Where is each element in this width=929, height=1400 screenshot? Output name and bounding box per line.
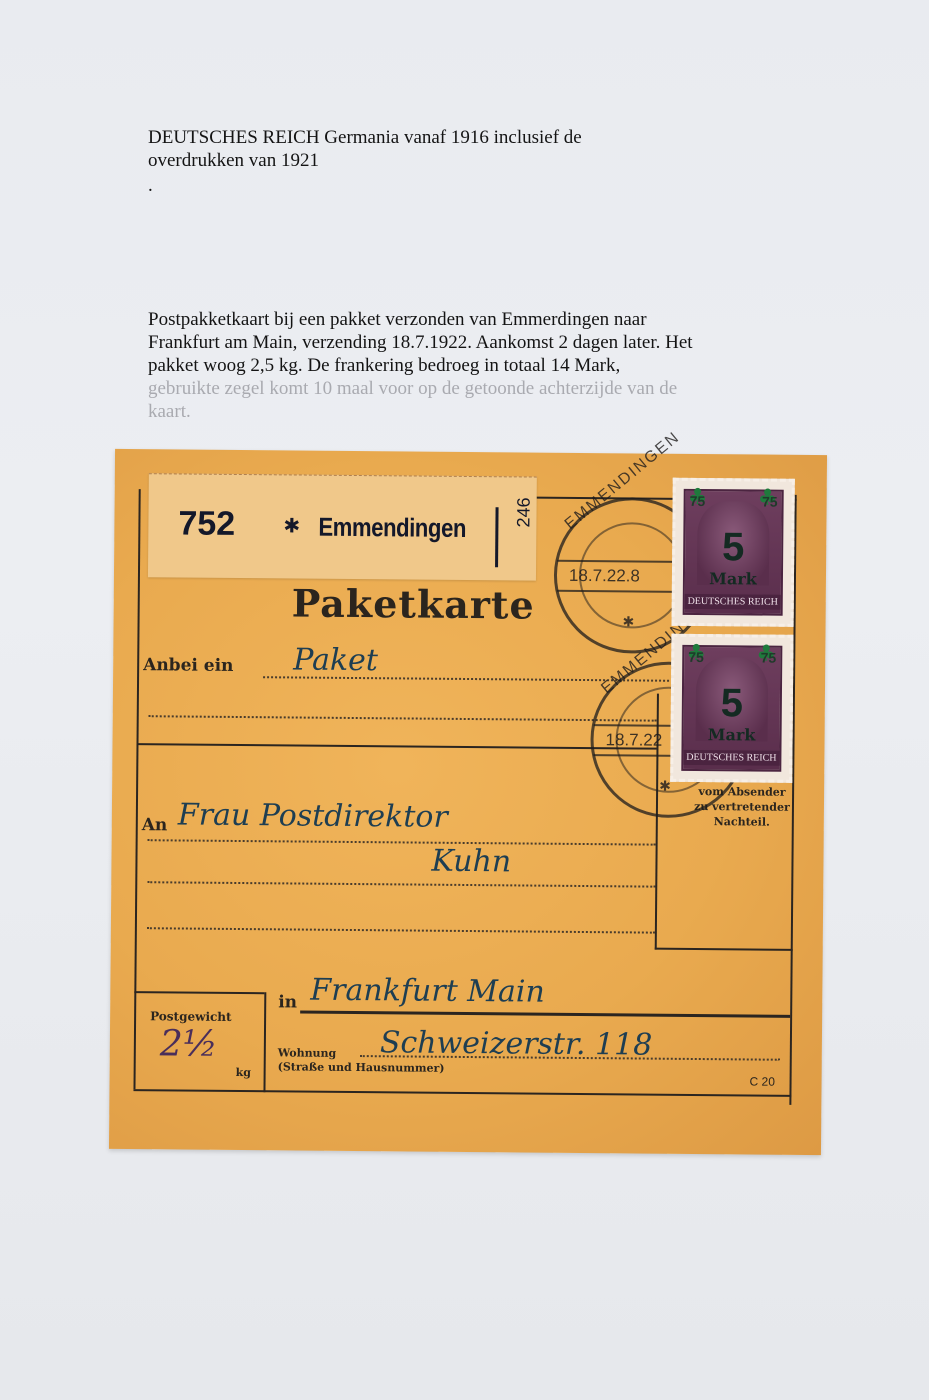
stamp-frame: ♣ ♣ 75 75 5 Mark DEUTSCHES REICH xyxy=(683,489,784,616)
card-border-left xyxy=(133,489,140,1089)
form-code: C 20 xyxy=(750,1074,775,1088)
field-wohnung-sublabel: (Straße und Hausnummer) xyxy=(278,1060,445,1075)
stamp-corner-value: 75 xyxy=(690,493,706,509)
description-faded-line: gebruikte zegel komt 10 maal voor op de … xyxy=(148,378,677,399)
weight-box-right xyxy=(263,992,266,1092)
dotted-line xyxy=(148,839,656,845)
stamp-country: DEUTSCHES REICH xyxy=(683,750,779,766)
stamp-corner-value: 75 xyxy=(761,650,777,666)
divider xyxy=(136,743,656,750)
description-faded-line: kaart. xyxy=(148,401,191,422)
card-border-bottom xyxy=(133,1089,791,1097)
field-anbei-label: Anbei ein xyxy=(143,655,233,676)
heading-dot: . xyxy=(148,174,708,197)
stamp-country: DEUTSCHES REICH xyxy=(685,594,781,610)
postage-stamp: ♣ ♣ 75 75 5 Mark DEUTSCHES REICH xyxy=(672,478,795,627)
city-underline xyxy=(300,1011,790,1018)
star-icon: ✱ xyxy=(659,779,671,795)
warning-line: Nachteil. xyxy=(714,815,770,828)
heading-line-1: DEUTSCHES REICH Germania vanaf 1916 incl… xyxy=(148,127,582,148)
description-line: Frankfurt am Main, verzending 18.7.1922.… xyxy=(148,332,693,353)
parcel-card: 752 ✱ Emmendingen 246 Paketkarte Anbei e… xyxy=(109,449,827,1155)
dotted-line xyxy=(149,715,657,721)
label-divider xyxy=(495,507,499,567)
handwritten-recipient-line2: Kuhn xyxy=(431,844,511,880)
heading-line-2: overdrukken van 1921 xyxy=(148,150,319,171)
weight-unit: kg xyxy=(236,1066,251,1080)
weight-box-top xyxy=(134,991,264,994)
album-page-description: Postpakketkaart bij een pakket verzonden… xyxy=(148,308,828,423)
description-line: Postpakketkaart bij een pakket verzonden… xyxy=(148,309,647,330)
field-in-label: in xyxy=(278,992,297,1012)
handwritten-street: Schweizerstr. 118 xyxy=(380,1025,653,1062)
handwritten-anbei: Paket xyxy=(293,642,378,678)
dotted-line xyxy=(147,881,655,887)
label-side-code: 246 xyxy=(513,497,534,527)
description-line: pakket woog 2,5 kg. De frankering bedroe… xyxy=(148,355,620,376)
field-an-label: An xyxy=(142,815,168,835)
handwritten-recipient-line1: Frau Postdirektor xyxy=(178,797,448,834)
label-place: Emmendingen xyxy=(318,512,466,544)
stamp-corner-value: 75 xyxy=(762,494,778,510)
stamp-surcharge: 5 xyxy=(684,681,780,727)
stamp-box-bottom xyxy=(655,948,793,951)
postage-stamp: ♣ ♣ 75 75 5 Mark DEUTSCHES REICH xyxy=(670,634,793,783)
stamp-corner-value: 75 xyxy=(688,649,704,665)
label-number: 752 xyxy=(178,504,235,543)
card-title: Paketkarte xyxy=(292,580,535,627)
field-wohnung-label: Wohnung xyxy=(278,1046,337,1061)
stamp-currency: Mark xyxy=(684,725,780,745)
handwritten-weight: 2½ xyxy=(160,1023,218,1065)
star-icon: ✱ xyxy=(283,513,300,537)
stamp-currency: Mark xyxy=(685,569,781,589)
dotted-line xyxy=(147,927,655,933)
handwritten-city: Frankfurt Main xyxy=(310,973,545,1010)
stamp-frame: ♣ ♣ 75 75 5 Mark DEUTSCHES REICH xyxy=(681,645,782,772)
album-page-heading: DEUTSCHES REICH Germania vanaf 1916 incl… xyxy=(148,126,708,197)
star-icon: ✱ xyxy=(623,614,635,630)
postmark-town: EMMENDINGEN xyxy=(562,428,684,533)
stamp-surcharge: 5 xyxy=(685,525,781,571)
origin-label: 752 ✱ Emmendingen 246 xyxy=(148,473,537,580)
field-postgewicht-label: Postgewicht xyxy=(150,1009,232,1024)
